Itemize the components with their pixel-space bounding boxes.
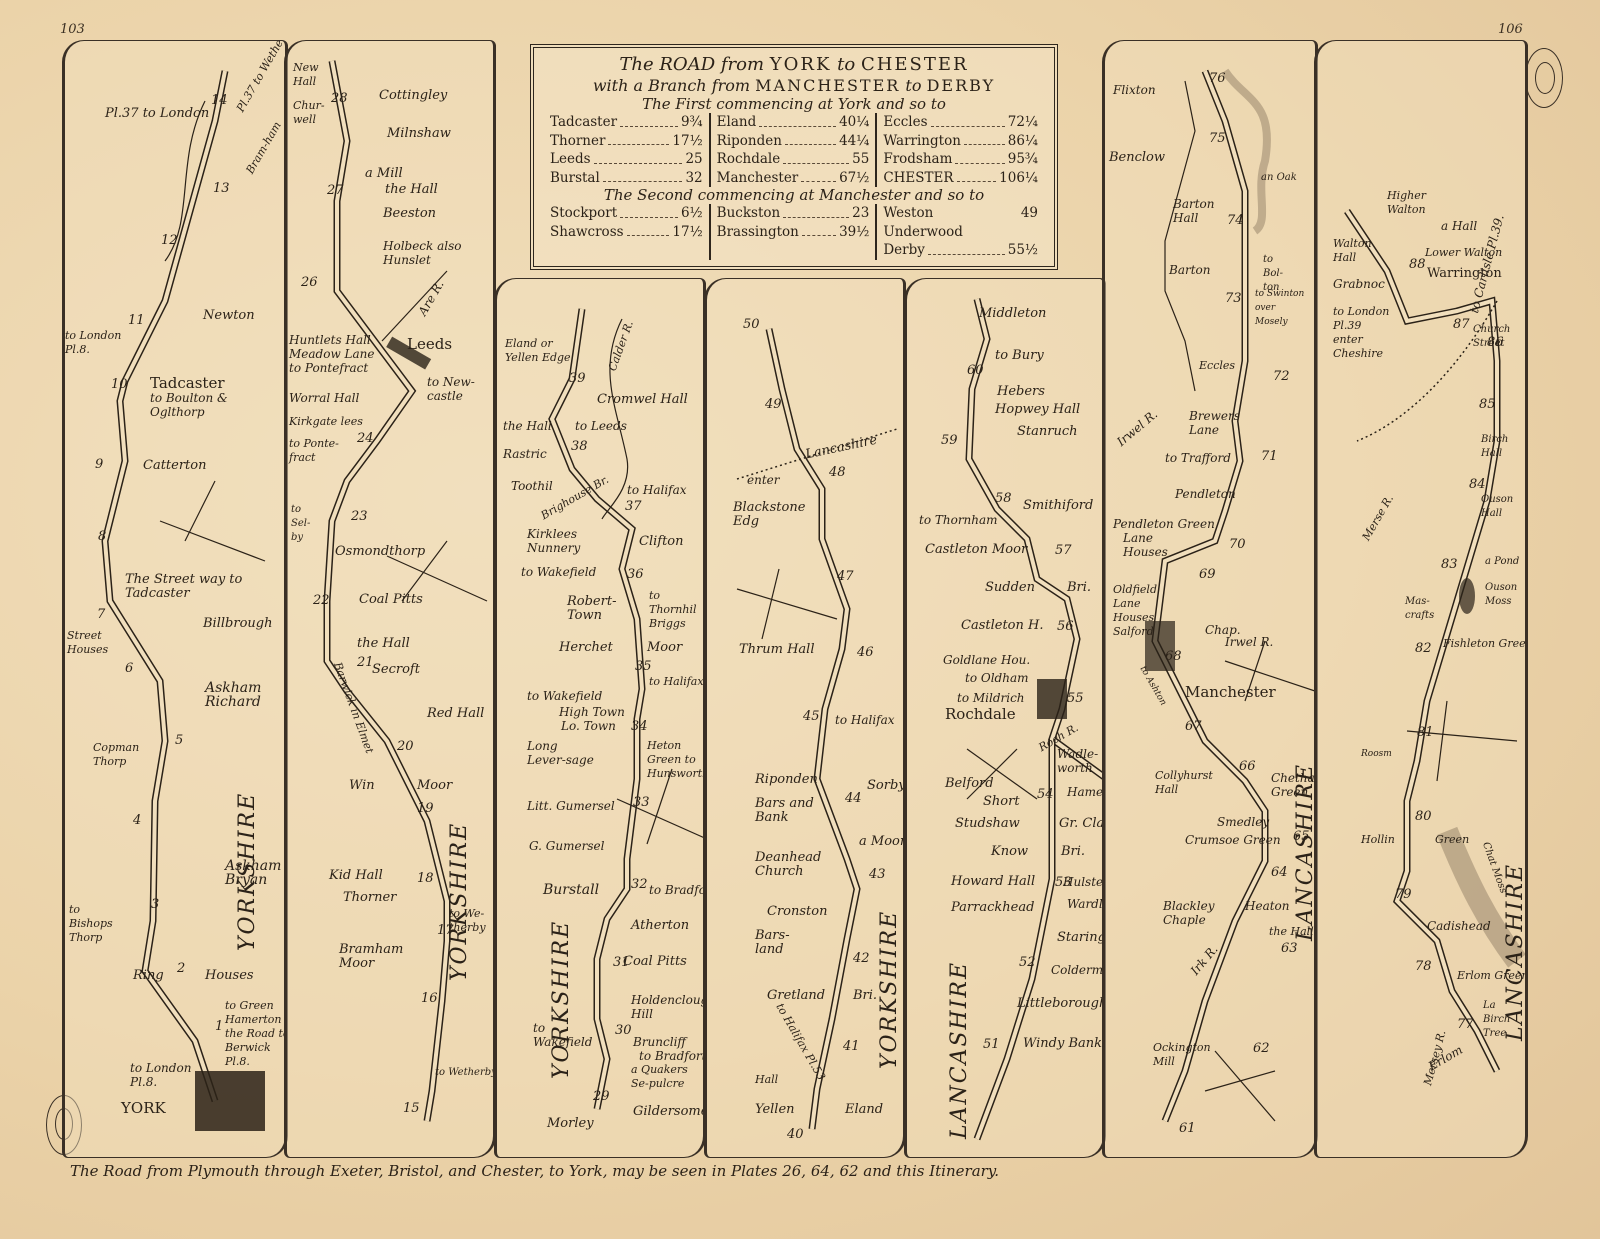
label-toothil: Toothil <box>511 479 553 493</box>
label-barton-hall: Barton Hall <box>1173 197 1213 225</box>
county-label-yorkshire-3: YORKSHIRE <box>549 609 574 1079</box>
label-milnshaw: Milnshaw <box>387 127 451 141</box>
scroll-curl-top-right-inner-icon <box>1535 62 1555 94</box>
label-higher-walton: Higher Walton <box>1387 189 1447 217</box>
milestone: 60 <box>967 363 984 378</box>
label-osmondthorp: Osmondthorp <box>335 545 425 559</box>
road-strip-6: Flixton Benclow an Oak Barton Hall Barto… <box>1102 40 1318 1158</box>
place: Derby <box>883 241 925 260</box>
milestone: 86 <box>1487 335 1504 350</box>
place: Burstal <box>550 169 600 188</box>
label-hall: Hall <box>755 1073 778 1087</box>
label-know: Know <box>991 845 1028 859</box>
place: Leeds <box>550 150 591 169</box>
distance-row: Derby55½ <box>883 241 1038 260</box>
miles: 6½ <box>681 204 703 223</box>
road-strip-5: Middleton to Bury Hebers Hopwey Hall Sta… <box>904 278 1106 1158</box>
milestone: 34 <box>631 719 648 734</box>
distance-row: Thorner17½ <box>550 132 703 151</box>
label-heton-green: Heton Green to Hunsworth <box>647 739 706 781</box>
distance-row: Warrington86¼ <box>883 132 1038 151</box>
milestone: 66 <box>1239 759 1256 774</box>
label-kirklees-nunnery: Kirklees Nunnery <box>527 527 597 555</box>
place: Brassington <box>717 223 799 242</box>
county-label-yorkshire: YORKSHIRE <box>235 391 260 951</box>
milestone: 75 <box>1209 131 1226 146</box>
milestone: 4 <box>133 813 141 828</box>
milestone: 29 <box>593 1089 610 1104</box>
miles: 25 <box>685 150 702 169</box>
label-lane-houses: Lane Houses <box>1123 531 1173 559</box>
milestone: 7 <box>97 607 105 622</box>
miles: 95¾ <box>1008 150 1038 169</box>
first-route-heading: The First commencing at York and so to <box>544 96 1044 113</box>
milestone: 3 <box>151 897 159 912</box>
distance-row: Eland40¼ <box>717 113 870 132</box>
label-holdenclough-hill: Holdenclough Hill <box>631 993 701 1021</box>
milestone: 70 <box>1229 537 1246 552</box>
label-to-thornham: to Thornham <box>919 513 998 527</box>
milestone: 1 <box>215 1019 223 1034</box>
label-to-green-hamerton: to Green Hamerton the Road to Berwick Pl… <box>225 999 288 1069</box>
second-route-column: Buckston23 Brassington39½ <box>711 204 878 260</box>
place: Shawcross <box>550 223 624 242</box>
label-green: Green <box>1435 833 1469 847</box>
milestone: 39 <box>569 371 586 386</box>
milestone: 46 <box>857 645 874 660</box>
label-win-moor-a: Win <box>349 779 375 793</box>
label-manchester: Manchester <box>1185 685 1276 699</box>
title2-prefix: with a Branch from <box>593 76 750 95</box>
milestone: 45 <box>803 709 820 724</box>
label-crumsoe-green: Crumsoe Green <box>1185 833 1281 847</box>
label-mascrafts: Mas-crafts <box>1405 595 1435 623</box>
place: Manchester <box>717 169 799 188</box>
label-to-newcastle: to New-castle <box>427 375 477 403</box>
miles: 55½ <box>1008 241 1038 260</box>
place: Thorner <box>550 132 605 151</box>
label-beeston: Beeston <box>383 207 436 221</box>
label-to-halifax-2: to Halifax <box>649 675 704 689</box>
distance-row: Weston Underwood49 <box>883 204 1038 241</box>
label-kirkgate-lees: Kirkgate lees <box>289 415 363 429</box>
first-route-column: Tadcaster9¾ Thorner17½ Leeds25 Burstal32 <box>544 113 711 187</box>
milestone: 76 <box>1209 71 1226 86</box>
miles: 9¾ <box>681 113 703 132</box>
label-grabnoc: Grabnoc <box>1333 277 1385 291</box>
milestone: 24 <box>357 431 374 446</box>
label-brewers-lane: Brewers Lane <box>1189 409 1239 437</box>
milestone: 23 <box>351 509 368 524</box>
milestone: 74 <box>1227 213 1244 228</box>
label-morley: Morley <box>547 1117 594 1131</box>
label-rastric: Rastric <box>503 447 547 461</box>
place: Tadcaster <box>550 113 617 132</box>
county-label-lancashire-3: LANCASHIRE <box>1503 621 1528 1041</box>
label-ockington-mill: Ockington Mill <box>1153 1041 1213 1069</box>
label-an-oak: an Oak <box>1261 171 1297 185</box>
label-thrum-hall: Thrum Hall <box>739 643 815 657</box>
label-irwel-river-2: Irwel R. <box>1225 635 1273 649</box>
label-secroft: Secroft <box>372 663 420 677</box>
label-barsland: Bars-land <box>755 929 795 957</box>
milestone: 42 <box>853 951 870 966</box>
miles: 39½ <box>839 223 869 242</box>
milestone: 14 <box>211 93 228 108</box>
place: Eccles <box>883 113 927 132</box>
label-pendleton-green: Pendleton Green <box>1113 517 1215 531</box>
label-thorner: Thorner <box>343 891 396 905</box>
label-to-london-pl8: to London Pl.8. <box>65 329 125 357</box>
distance-row: Manchester67½ <box>717 169 870 188</box>
label-bramham-moor: Bramham Moor <box>339 943 399 971</box>
milestone: 44 <box>845 791 862 806</box>
milestone: 85 <box>1479 397 1496 412</box>
miles: 72¼ <box>1008 113 1038 132</box>
miles: 44¼ <box>839 132 869 151</box>
milestone: 12 <box>161 233 178 248</box>
label-a-pond: a Pond <box>1485 555 1519 569</box>
place: Riponden <box>717 132 782 151</box>
milestone: 18 <box>417 871 434 886</box>
place: Stockport <box>550 204 617 223</box>
milestone: 73 <box>1225 291 1242 306</box>
label-herchet-moor-b: Moor <box>647 641 682 655</box>
milestone: 40 <box>787 1127 804 1142</box>
label-to-bury: to Bury <box>995 349 1044 363</box>
first-route-column: Eccles72¼ Warrington86¼ Frodsham95¾ CHES… <box>877 113 1044 187</box>
label-gr-clay: Gr. Clay <box>1059 817 1106 831</box>
label-to-pontefract: to Pontefract <box>289 361 368 375</box>
milestone: 35 <box>635 659 652 674</box>
milestone: 58 <box>995 491 1012 506</box>
milestone: 59 <box>941 433 958 448</box>
miles: 40¼ <box>839 113 869 132</box>
label-to-swinton: to Swinton over Mosely <box>1255 287 1305 329</box>
label-blackley-chaple: Blackley Chaple <box>1163 899 1223 927</box>
label-pl37-to-london: Pl.37 to London <box>105 107 209 121</box>
road-strip-4: enter Lancashire Blackstone Edg Thrum Ha… <box>704 278 906 1158</box>
milestone: 8 <box>98 529 106 544</box>
label-middleton: Middleton <box>979 307 1046 321</box>
label-belford: Belford <box>945 777 994 791</box>
milestone: 28 <box>331 91 348 106</box>
milestone: 67 <box>1185 719 1202 734</box>
milestone: 49 <box>765 397 782 412</box>
milestone: 80 <box>1415 809 1432 824</box>
milestone: 27 <box>327 183 344 198</box>
distance-row: Rochdale55 <box>717 150 870 169</box>
milestone: 61 <box>1179 1121 1196 1136</box>
label-cromwel-hall: Cromwel Hall <box>597 393 688 407</box>
milestone: 20 <box>397 739 414 754</box>
milestone: 68 <box>1165 649 1182 664</box>
label-yellen: Yellen <box>755 1103 795 1117</box>
first-route-table: Tadcaster9¾ Thorner17½ Leeds25 Burstal32… <box>544 113 1044 187</box>
milestone: 77 <box>1457 1017 1474 1032</box>
title-destination: CHESTER <box>861 54 969 75</box>
label-ouson-moss: Ouson Moss <box>1485 581 1515 609</box>
label-to-wetherby-2: to Wetherby <box>435 1066 496 1080</box>
milestone: 88 <box>1409 257 1426 272</box>
milestone: 11 <box>128 313 145 328</box>
page-number-right: 106 <box>1498 22 1523 37</box>
label-hebers: Hebers <box>997 385 1045 399</box>
label-the-hall: the Hall <box>503 419 552 433</box>
milestone: 15 <box>403 1101 420 1116</box>
milestone: 32 <box>631 877 648 892</box>
milestone: 79 <box>1395 887 1412 902</box>
label-enter: enter <box>747 473 780 487</box>
miles: 17½ <box>672 132 702 151</box>
label-coal-pitts: Coal Pitts <box>359 593 423 607</box>
milestone: 37 <box>625 499 642 514</box>
miles: 86¼ <box>1008 132 1038 151</box>
milestone: 63 <box>1281 941 1298 956</box>
label-copman-thorp: Copman Thorp <box>93 741 145 769</box>
label-bri: Bri. <box>853 989 877 1003</box>
label-wardle: Wardle <box>1067 897 1106 911</box>
label-colderman: Colderman <box>1051 963 1106 977</box>
road-strip-3: Eland or Yellen Edge Calder R. Cromwel H… <box>494 278 706 1158</box>
place: Rochdale <box>717 150 781 169</box>
label-short: Short <box>983 795 1020 809</box>
milestone: 38 <box>571 439 588 454</box>
label-kid-hall: Kid Hall <box>329 869 383 883</box>
milestone: 30 <box>615 1023 632 1038</box>
distance-row: Tadcaster9¾ <box>550 113 703 132</box>
label-know-bri: Bri. <box>1061 845 1085 859</box>
label-to-london-enter-cheshire: to London Pl.39 enter Cheshire <box>1333 305 1393 361</box>
distance-row: Eccles72¼ <box>883 113 1038 132</box>
miles: 23 <box>852 204 869 223</box>
milestone: 21 <box>357 655 374 670</box>
label-oldfield-lane-houses: Oldfield Lane Houses <box>1113 583 1173 625</box>
label-cadishead: Cadishead <box>1427 919 1491 933</box>
miles: 106¼ <box>999 169 1038 188</box>
milestone: 82 <box>1415 641 1432 656</box>
milestone: 48 <box>829 465 846 480</box>
label-street-houses: Street Houses <box>67 629 117 657</box>
label-bruncliff: Bruncliff <box>633 1035 686 1049</box>
label-holbeck: Holbeck also Hunslet <box>383 239 469 267</box>
label-huntlets-hall: Huntlets Hall <box>289 333 371 347</box>
milestone: 22 <box>313 593 330 608</box>
distance-row: Buckston23 <box>717 204 870 223</box>
label-to-wakefield: to Wakefield <box>521 565 596 579</box>
miles: 17½ <box>672 223 702 242</box>
label-walton-hall: Walton Hall <box>1333 237 1373 265</box>
milestone: 62 <box>1253 1041 1270 1056</box>
label-eccles: Eccles <box>1199 359 1235 373</box>
label-bars-and-bank: Bars and Bank <box>755 797 825 825</box>
road-strip-2: New Hall Chur-well Cottingley Milnshaw a… <box>284 40 496 1158</box>
label-eland-or-yellen-edge: Eland or Yellen Edge <box>505 337 575 365</box>
label-birch-hall: Birch Hall <box>1481 433 1511 461</box>
label-gretland: Gretland <box>767 989 825 1003</box>
milestone: 10 <box>111 377 128 392</box>
label-collyhurst-hall: Collyhurst Hall <box>1155 769 1215 797</box>
title2-origin: MANCHESTER <box>755 76 900 95</box>
label-staring: Staring <box>1057 931 1106 945</box>
milestone: 2 <box>177 961 185 976</box>
label-a-hall: a Hall <box>1441 219 1477 233</box>
milestone: 31 <box>613 955 630 970</box>
distance-row: Brassington39½ <box>717 223 870 242</box>
county-label-lancashire: LANCASHIRE <box>947 819 972 1139</box>
milestone: 56 <box>1057 619 1074 634</box>
label-churwell: Chur-well <box>293 99 323 127</box>
label-hopwey-hall: Hopwey Hall <box>995 403 1080 417</box>
first-route-column: Eland40¼ Riponden44¼ Rochdale55 Manchest… <box>711 113 878 187</box>
label-to-oldham: to Oldham <box>965 671 1028 685</box>
page-number-left: 103 <box>60 22 85 37</box>
label-rochdale: Rochdale <box>945 707 1016 721</box>
label-to-thornhil-briggs: to Thornhil Briggs <box>649 589 706 631</box>
milestone: 54 <box>1037 787 1054 802</box>
label-riponden: Riponden <box>755 773 818 787</box>
milestone: 16 <box>421 991 438 1006</box>
milestone: 47 <box>837 569 854 584</box>
label-to-leeds: to Leeds <box>575 419 627 433</box>
second-route-heading: The Second commencing at Manchester and … <box>544 187 1044 204</box>
miles: 55 <box>852 150 869 169</box>
label-blackstone-edg: Blackstone Edg <box>733 501 813 529</box>
label-smithiford: Smithiford <box>1023 499 1093 513</box>
second-route-column: Weston Underwood49 Derby55½ <box>877 204 1044 260</box>
second-route-column: Stockport6½ Shawcross17½ <box>544 204 711 260</box>
distance-row: Shawcross17½ <box>550 223 703 242</box>
label-cronston: Cronston <box>767 905 827 919</box>
label-to-bradforth-2: to Bradforth <box>639 1049 706 1063</box>
milestone: 33 <box>633 795 650 810</box>
milestone: 84 <box>1469 477 1486 492</box>
label-pendleton: Pendleton <box>1175 487 1236 501</box>
place: Buckston <box>717 204 781 223</box>
label-littleborough: Littleborough <box>1017 997 1106 1011</box>
label-worral-hall: Worral Hall <box>289 391 359 405</box>
milestone: 13 <box>213 181 230 196</box>
title-to: to <box>837 54 855 75</box>
label-meadow-lane: Meadow Lane <box>289 347 375 361</box>
footer-caption: The Road from Plymouth through Exeter, B… <box>70 1162 999 1180</box>
label-salford: Salford <box>1113 625 1154 639</box>
label-atherton: Atherton <box>631 919 689 933</box>
cartouche-title-line1: The ROAD from YORK to CHESTER <box>544 54 1044 75</box>
milestone: 36 <box>627 567 644 582</box>
label-leeds: Leeds <box>407 337 452 351</box>
milestone: 78 <box>1415 959 1432 974</box>
place: Warrington <box>883 132 961 151</box>
label-the-hall: the Hall <box>385 183 438 197</box>
label-windy-bank: Windy Bank <box>1023 1037 1102 1051</box>
label-flixton: Flixton <box>1113 83 1156 97</box>
label-coal-pitts: Coal Pitts <box>623 955 687 969</box>
milestone: 72 <box>1273 369 1290 384</box>
cartouche-title-line2: with a Branch from MANCHESTER to DERBY <box>544 75 1044 96</box>
distance-row: Burstal32 <box>550 169 703 188</box>
label-barton: Barton <box>1169 263 1210 277</box>
milestone: 41 <box>843 1039 860 1054</box>
label-sudden: Sudden <box>985 581 1035 595</box>
distance-row: Frodsham95¾ <box>883 150 1038 169</box>
label-castleton-h: Castleton H. <box>961 619 1043 633</box>
milestone: 19 <box>417 801 434 816</box>
title2-destination: DERBY <box>927 76 996 95</box>
label-to-halifax: to Halifax <box>627 483 687 497</box>
distance-row: Leeds25 <box>550 150 703 169</box>
label-wadleworth: Wadle-worth <box>1057 747 1106 775</box>
label-stanruch: Stanruch <box>1017 425 1078 439</box>
milestone: 83 <box>1441 557 1458 572</box>
distance-row: Riponden44¼ <box>717 132 870 151</box>
second-route-table: Stockport6½ Shawcross17½ Buckston23 Bras… <box>544 204 1044 260</box>
label-ring-houses-a: Ring <box>133 969 164 983</box>
label-eland: Eland <box>845 1103 883 1117</box>
title-prefix: The ROAD from <box>619 54 764 75</box>
label-gildersome: Gildersome <box>633 1105 706 1119</box>
milestone: 87 <box>1453 317 1470 332</box>
label-to-bradforth: to Bradforth <box>649 883 706 897</box>
place: Eland <box>717 113 757 132</box>
label-hamer: Hamer <box>1067 785 1106 799</box>
milestone: 53 <box>1055 875 1072 890</box>
county-label-yorkshire-2: YORKSHIRE <box>447 481 472 981</box>
road-strip-7: Higher Walton a Hall Walton Hall Lower W… <box>1314 40 1528 1158</box>
label-to-mildrich: to Mildrich <box>957 691 1025 705</box>
label-clifton: Clifton <box>639 535 684 549</box>
milestone: 9 <box>95 457 103 472</box>
distance-row: CHESTER106¼ <box>883 169 1038 188</box>
label-robert-town: Robert-Town <box>567 595 627 623</box>
miles: 49 <box>1021 204 1038 241</box>
milestone: 6 <box>125 661 133 676</box>
label-catterton: Catterton <box>143 459 206 473</box>
label-ouson-hall: Ouson Hall <box>1481 493 1511 521</box>
label-to-trafford: to Trafford <box>1165 451 1231 465</box>
label-smedley: Smedley <box>1217 815 1269 829</box>
label-ring-houses-b: Houses <box>205 969 254 983</box>
milestone: 69 <box>1199 567 1216 582</box>
place: Frodsham <box>883 150 952 169</box>
milestone: 50 <box>743 317 760 332</box>
label-newton: Newton <box>203 309 255 323</box>
title-origin: YORK <box>770 54 832 75</box>
label-to-bishops-thorp: to Bishops Thorp <box>69 903 117 945</box>
road-strip-1: Pl.37 to London Pl.37 to Wetherby Bram-h… <box>62 40 288 1158</box>
milestone: 71 <box>1261 449 1278 464</box>
milestone: 52 <box>1019 955 1036 970</box>
label-hollin: Hollin <box>1361 833 1395 847</box>
milestone: 81 <box>1417 725 1434 740</box>
label-new-hall: New Hall <box>293 61 323 89</box>
milestone: 64 <box>1271 865 1288 880</box>
milestone: 26 <box>301 275 318 290</box>
miles: 67½ <box>839 169 869 188</box>
label-benclow: Benclow <box>1109 151 1165 165</box>
label-cottingley: Cottingley <box>379 89 447 103</box>
milestone: 5 <box>175 733 183 748</box>
miles: 32 <box>685 169 702 188</box>
distance-row: Stockport6½ <box>550 204 703 223</box>
place: CHESTER <box>883 169 953 188</box>
label-the-hall-2: the Hall <box>357 637 410 651</box>
label-quakers-sepulcre: a Quakers Se-pulcre <box>631 1063 706 1091</box>
label-york: YORK <box>121 1101 166 1115</box>
label-goldlane-hou: Goldlane Hou. <box>943 653 1030 667</box>
label-to-pontefract-2: to Ponte-fract <box>289 437 339 465</box>
milestone: 51 <box>983 1037 1000 1052</box>
